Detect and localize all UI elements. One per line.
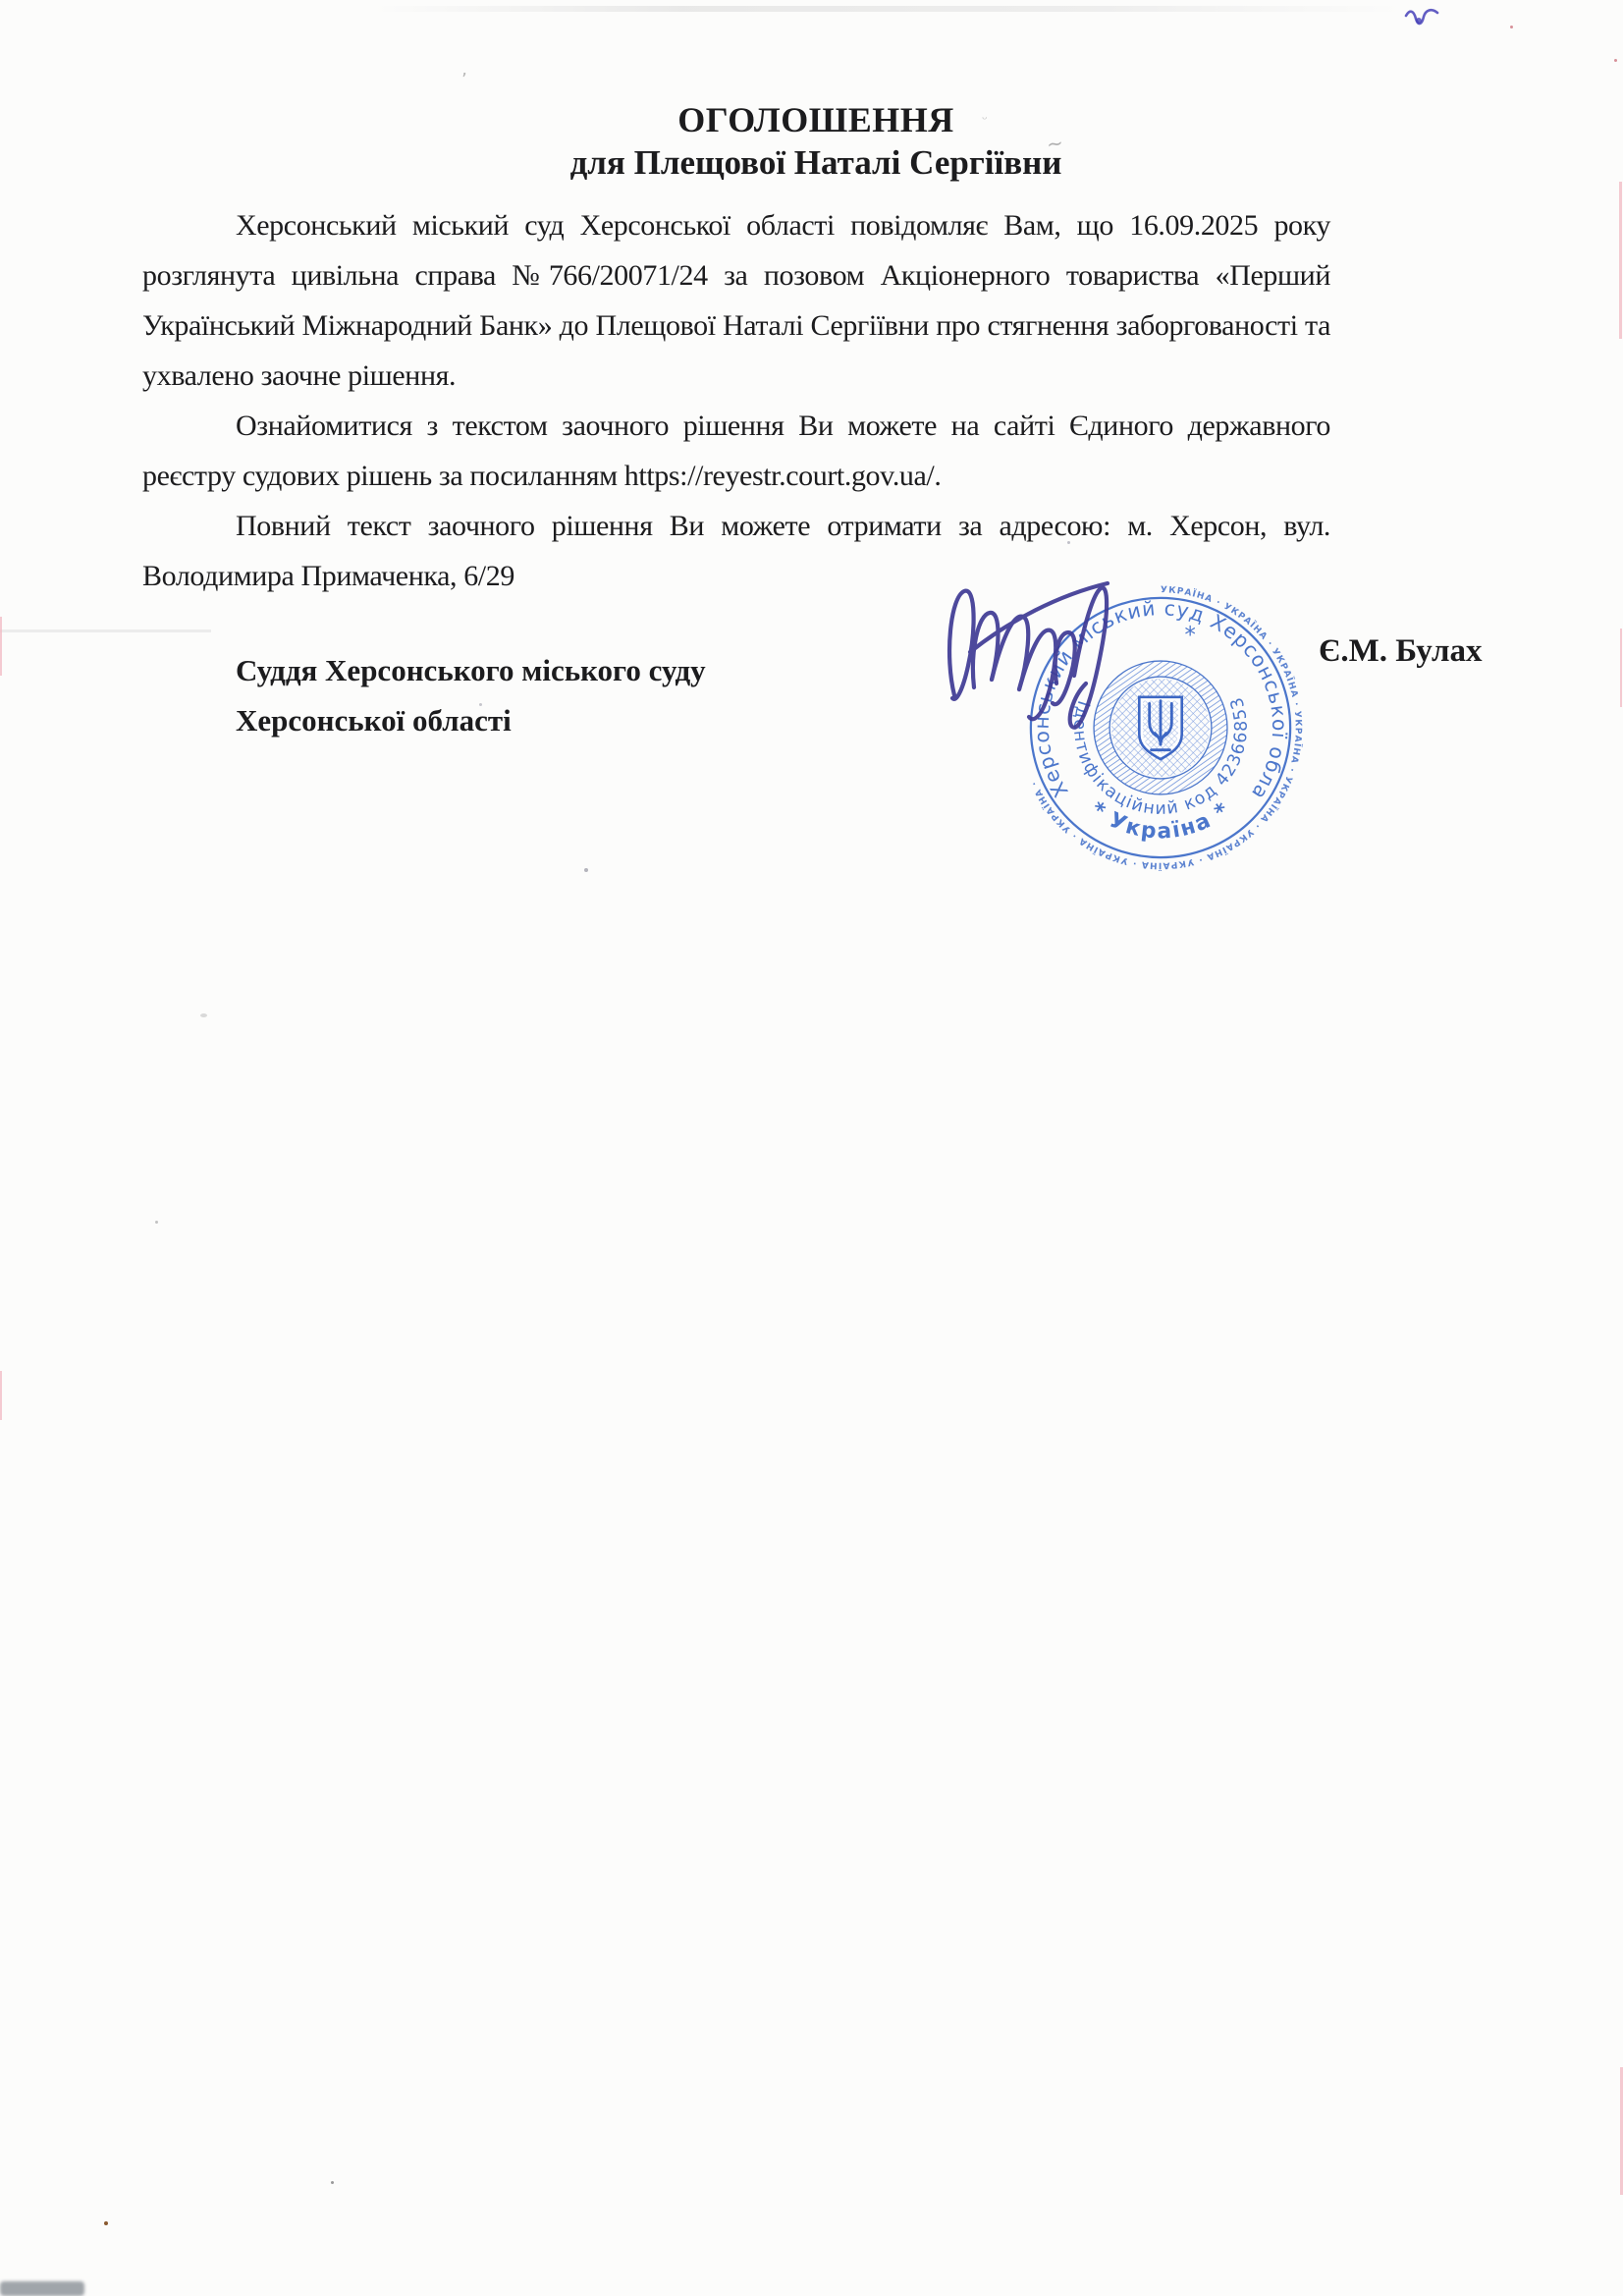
scan-edge-artifact <box>1620 629 1622 707</box>
scanned-court-announcement: ∼ ᵕ ’ ОГОЛОШЕННЯ для Плещової Наталі Сер… <box>0 0 1623 2296</box>
judge-handwritten-signature <box>941 558 1137 744</box>
scan-speck <box>1614 59 1617 62</box>
paper-crease <box>0 629 211 632</box>
signer-title-block: Суддя Херсонського міського суду Херсонс… <box>236 645 706 745</box>
scan-speck <box>104 2221 108 2225</box>
doc-line: ухвалено заочне рішення. <box>142 351 1330 401</box>
document-body: Херсонський міський суд Херсонської обла… <box>142 200 1330 601</box>
scan-edge-artifact <box>1619 182 1622 339</box>
page-title: ОГОЛОШЕННЯ <box>305 98 1326 141</box>
scan-streak-top <box>373 6 1404 12</box>
scan-edge-artifact <box>0 1371 2 1420</box>
scan-speck <box>584 868 588 872</box>
ink-squiggle-mark <box>1404 6 1443 31</box>
scan-edge-artifact <box>0 617 2 676</box>
scan-speck <box>155 1221 158 1224</box>
stamp-star-separator: * <box>1185 623 1196 648</box>
tryzub-coat-of-arms <box>1139 697 1181 759</box>
page-subtitle: для Плещової Наталі Сергіївни <box>305 141 1326 185</box>
judge-name: Є.М. Булах <box>1319 633 1482 670</box>
scan-speck <box>331 2181 334 2184</box>
doc-line: Повний текст заочного рішення Ви можете … <box>142 501 1330 551</box>
doc-line: Український Міжнародний Банк» до Плещово… <box>142 301 1330 351</box>
signer-title-line: Херсонської області <box>236 695 706 745</box>
scan-smudge: ’ <box>461 71 467 90</box>
signer-title-line: Суддя Херсонського міського суду <box>236 645 706 695</box>
scan-speck <box>200 1013 207 1017</box>
scan-speck <box>1510 26 1513 28</box>
doc-line: розглянута цивільна справа №766/20071/24… <box>142 250 1330 301</box>
scan-smudge-bottom-left <box>0 2281 84 2296</box>
doc-line-with-link: реєстру судових рішень за посиланням htt… <box>142 451 1330 501</box>
document-heading: ОГОЛОШЕННЯ для Плещової Наталі Сергіївни <box>305 98 1326 185</box>
doc-line: Херсонський міський суд Херсонської обла… <box>142 200 1330 250</box>
doc-line: Ознайомитися з текстом заочного рішення … <box>142 401 1330 451</box>
